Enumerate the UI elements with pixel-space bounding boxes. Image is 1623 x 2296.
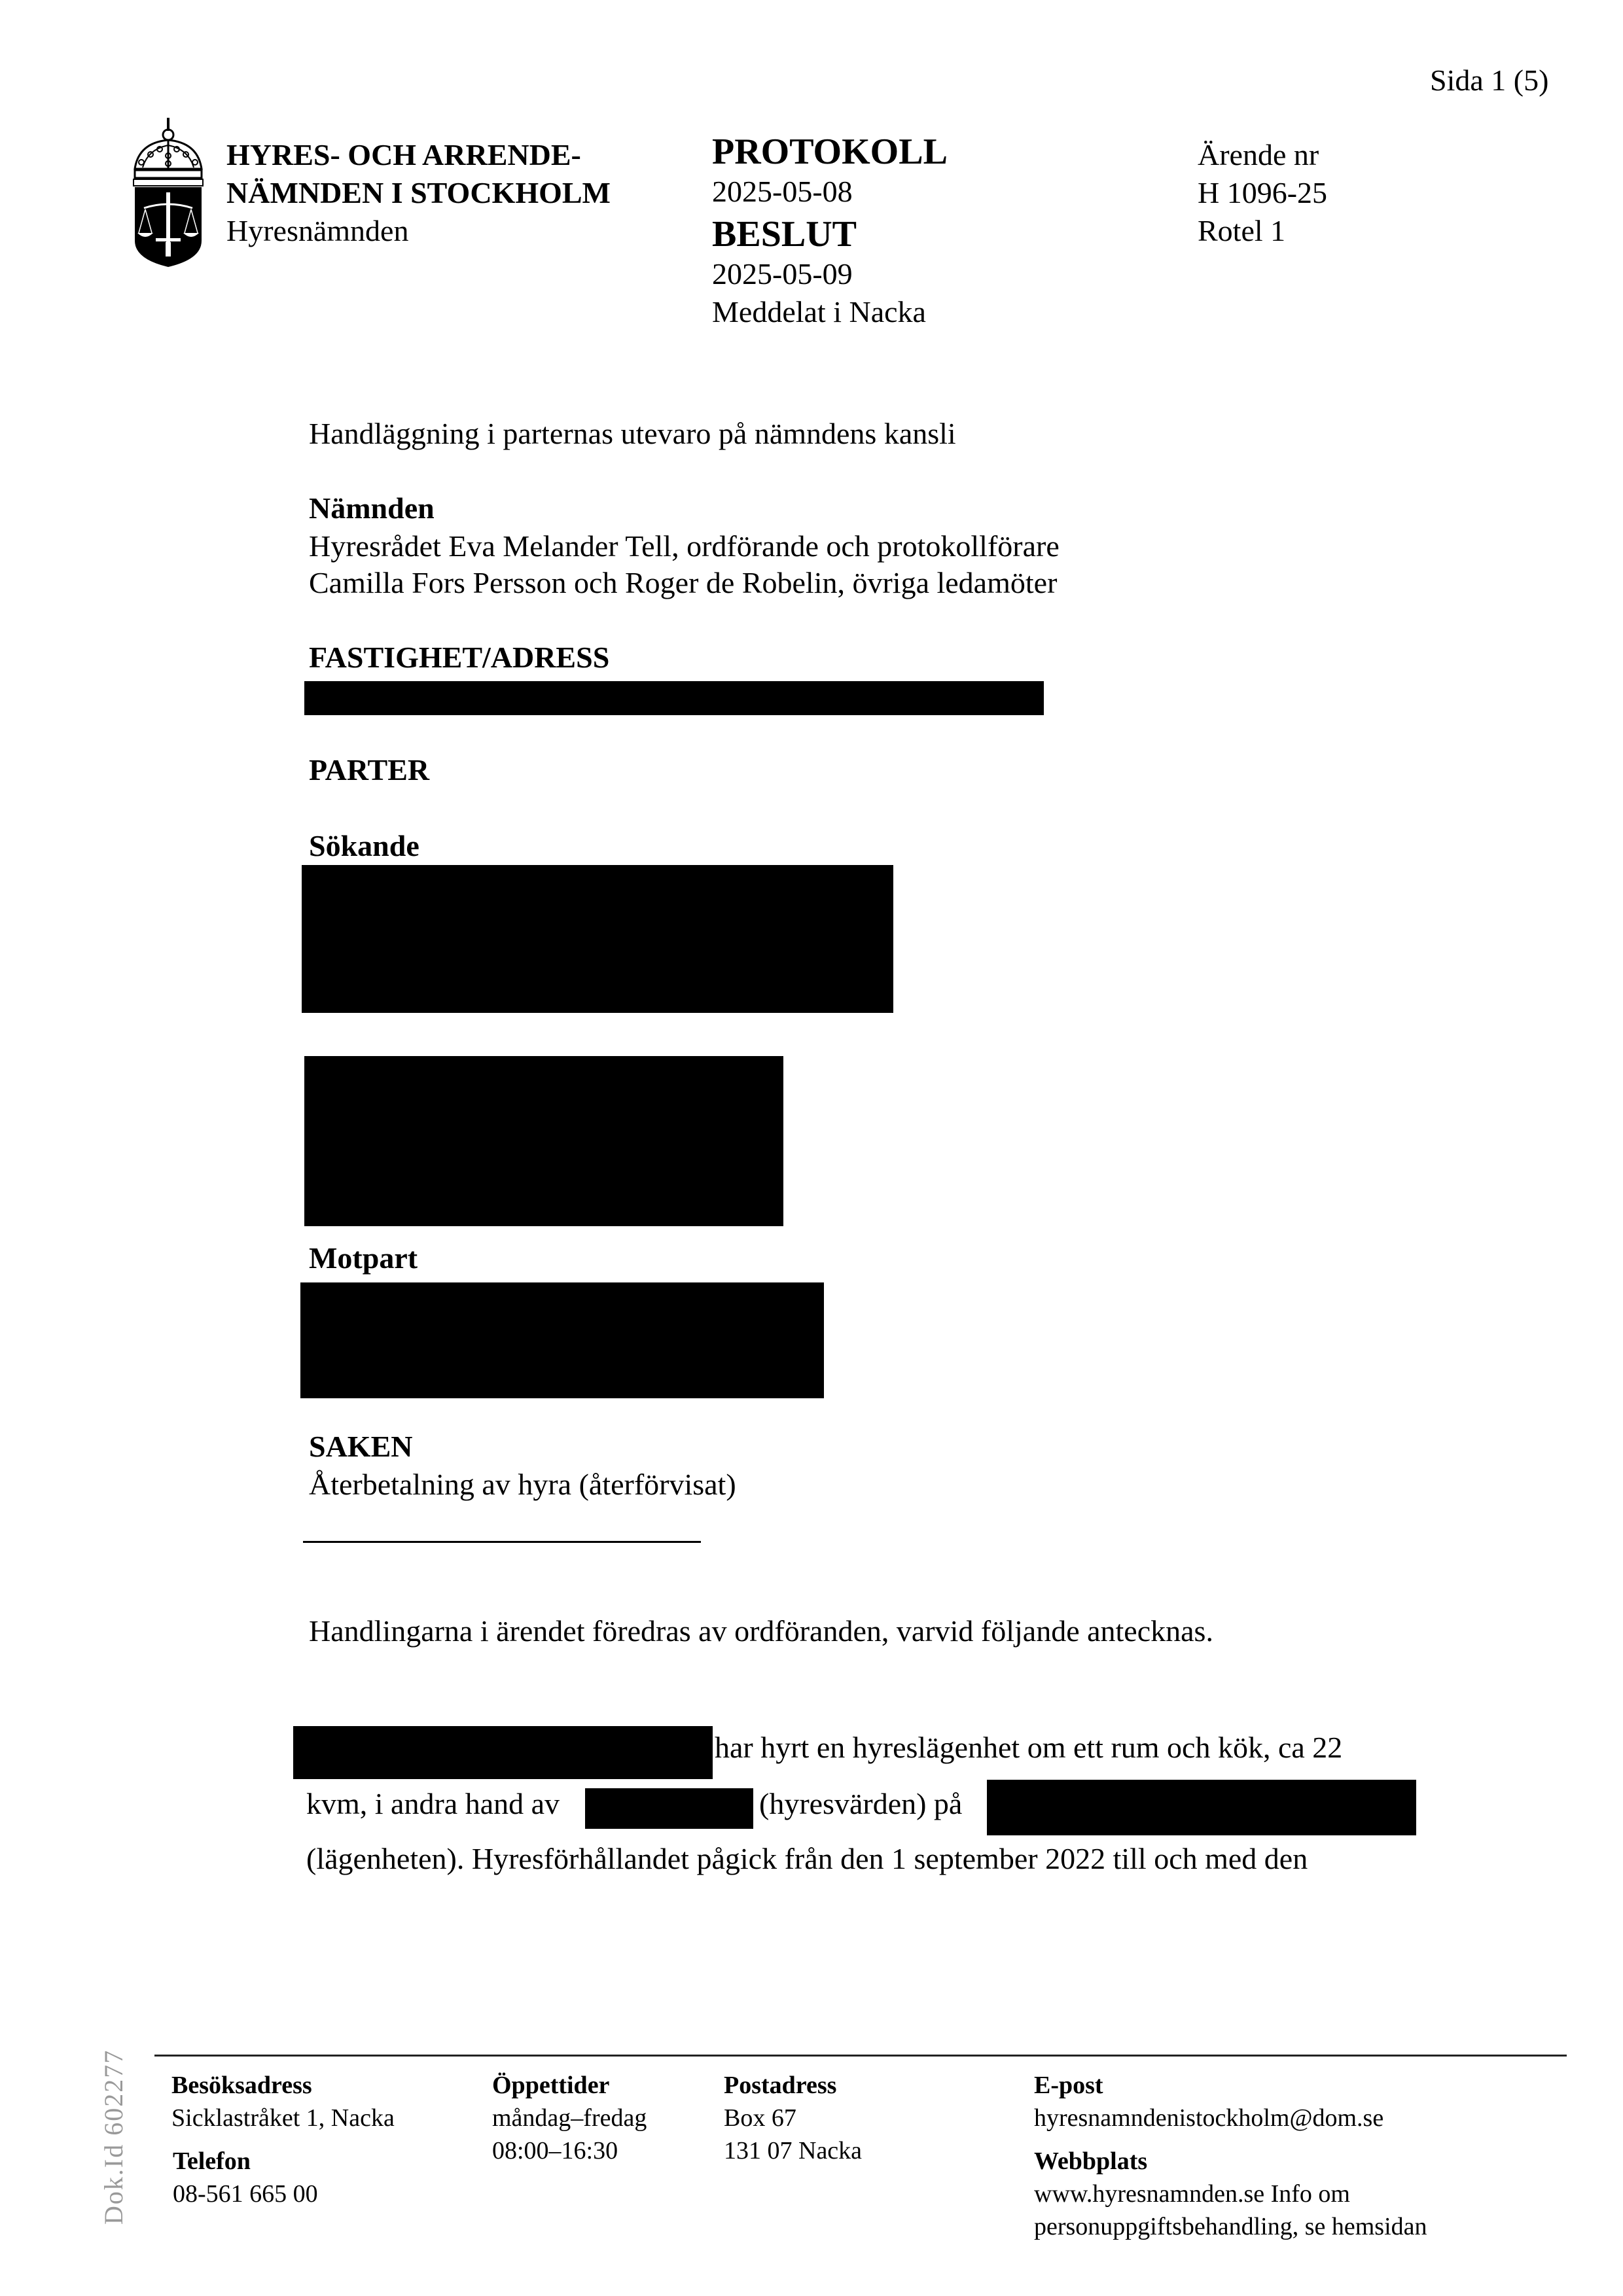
redaction-apartment-address <box>987 1780 1416 1835</box>
opening-hours-days: måndag–fredag <box>492 2102 647 2134</box>
property-heading: FASTIGHET/ADRESS <box>309 640 609 675</box>
postal-address-line-2: 131 07 Nacka <box>724 2134 862 2167</box>
division: Rotel 1 <box>1198 212 1327 250</box>
matter-text: Återbetalning av hyra (återförvisat) <box>309 1466 736 1504</box>
case-label: Ärende nr <box>1198 136 1327 174</box>
board-member-line-2: Camilla Fors Persson och Roger de Robeli… <box>309 564 1057 602</box>
footer-opening-hours: Öppettider måndag–fredag 08:00–16:30 <box>492 2069 647 2167</box>
paragraph-line-2a: kvm, i andra hand av <box>306 1785 560 1823</box>
footer-website: Webbplats www.hyresnamnden.se Info om pe… <box>1034 2145 1427 2243</box>
protokoll-date: 2025-05-08 <box>712 173 948 211</box>
paragraph-line-3: (lägenheten). Hyresförhållandet pågick f… <box>306 1840 1308 1878</box>
redaction-applicant-2 <box>304 1056 783 1226</box>
redaction-tenant-name <box>293 1726 713 1779</box>
opening-hours-time: 08:00–16:30 <box>492 2134 647 2167</box>
org-line-1: HYRES- OCH ARRENDE- <box>226 136 611 174</box>
coat-of-arms-icon <box>130 116 207 268</box>
footer-email: E-post hyresnamndenistockholm@dom.se <box>1034 2069 1383 2134</box>
counterparty-heading: Motpart <box>309 1241 418 1275</box>
visit-address-label: Besöksadress <box>171 2069 395 2102</box>
section-divider <box>303 1541 701 1543</box>
beslut-date: 2025-05-09 <box>712 255 948 293</box>
board-heading: Nämnden <box>309 491 435 525</box>
redaction-counterparty <box>300 1282 824 1398</box>
intro-paragraph: Handlingarna i ärendet föredras av ordfö… <box>309 1612 1213 1650</box>
email-label: E-post <box>1034 2069 1383 2102</box>
phone-value: 08-561 665 00 <box>173 2178 318 2210</box>
doc-type-beslut: BESLUT <box>712 213 948 255</box>
page-indicator: Sida 1 (5) <box>1430 63 1548 97</box>
footer-divider <box>154 2055 1567 2057</box>
footer-visit-address: Besöksadress Sicklastråket 1, Nacka <box>171 2069 395 2134</box>
procedure-text: Handläggning i parternas utevaro på nämn… <box>309 415 956 453</box>
visit-address-value: Sicklastråket 1, Nacka <box>171 2102 395 2134</box>
footer-phone: Telefon 08-561 665 00 <box>173 2145 318 2210</box>
organization-name: HYRES- OCH ARRENDE- NÄMNDEN I STOCKHOLM … <box>226 136 611 250</box>
document-id: Dok.Id 602277 <box>98 2049 129 2225</box>
org-line-2: NÄMNDEN I STOCKHOLM <box>226 174 611 212</box>
redaction-landlord-name <box>585 1788 753 1829</box>
postal-address-label: Postadress <box>724 2069 862 2102</box>
footer-postal-address: Postadress Box 67 131 07 Nacka <box>724 2069 862 2167</box>
org-subtitle: Hyresnämnden <box>226 212 611 250</box>
issued-at: Meddelat i Nacka <box>712 293 948 331</box>
case-number: H 1096-25 <box>1198 174 1327 212</box>
postal-address-line-1: Box 67 <box>724 2102 862 2134</box>
redaction-property-address <box>304 681 1044 715</box>
website-link[interactable]: www.hyresnamnden.se Info om <box>1034 2178 1427 2210</box>
doc-type-protokoll: PROTOKOLL <box>712 131 948 173</box>
website-info-text: personuppgiftsbehandling, se hemsidan <box>1034 2210 1427 2243</box>
parties-heading: PARTER <box>309 752 429 787</box>
website-label: Webbplats <box>1034 2145 1427 2178</box>
redaction-applicant-1 <box>302 865 893 1013</box>
matter-heading: SAKEN <box>309 1429 412 1464</box>
board-member-line-1: Hyresrådet Eva Melander Tell, ordförande… <box>309 527 1060 565</box>
opening-hours-label: Öppettider <box>492 2069 647 2102</box>
case-info: Ärende nr H 1096-25 Rotel 1 <box>1198 136 1327 250</box>
paragraph-line-2b: (hyresvärden) på <box>759 1785 962 1823</box>
phone-label: Telefon <box>173 2145 318 2178</box>
applicant-heading: Sökande <box>309 828 419 863</box>
paragraph-line-1: har hyrt en hyreslägenhet om ett rum och… <box>715 1729 1342 1767</box>
email-link[interactable]: hyresnamndenistockholm@dom.se <box>1034 2102 1383 2134</box>
document-type-block: PROTOKOLL 2025-05-08 BESLUT 2025-05-09 M… <box>712 131 948 331</box>
